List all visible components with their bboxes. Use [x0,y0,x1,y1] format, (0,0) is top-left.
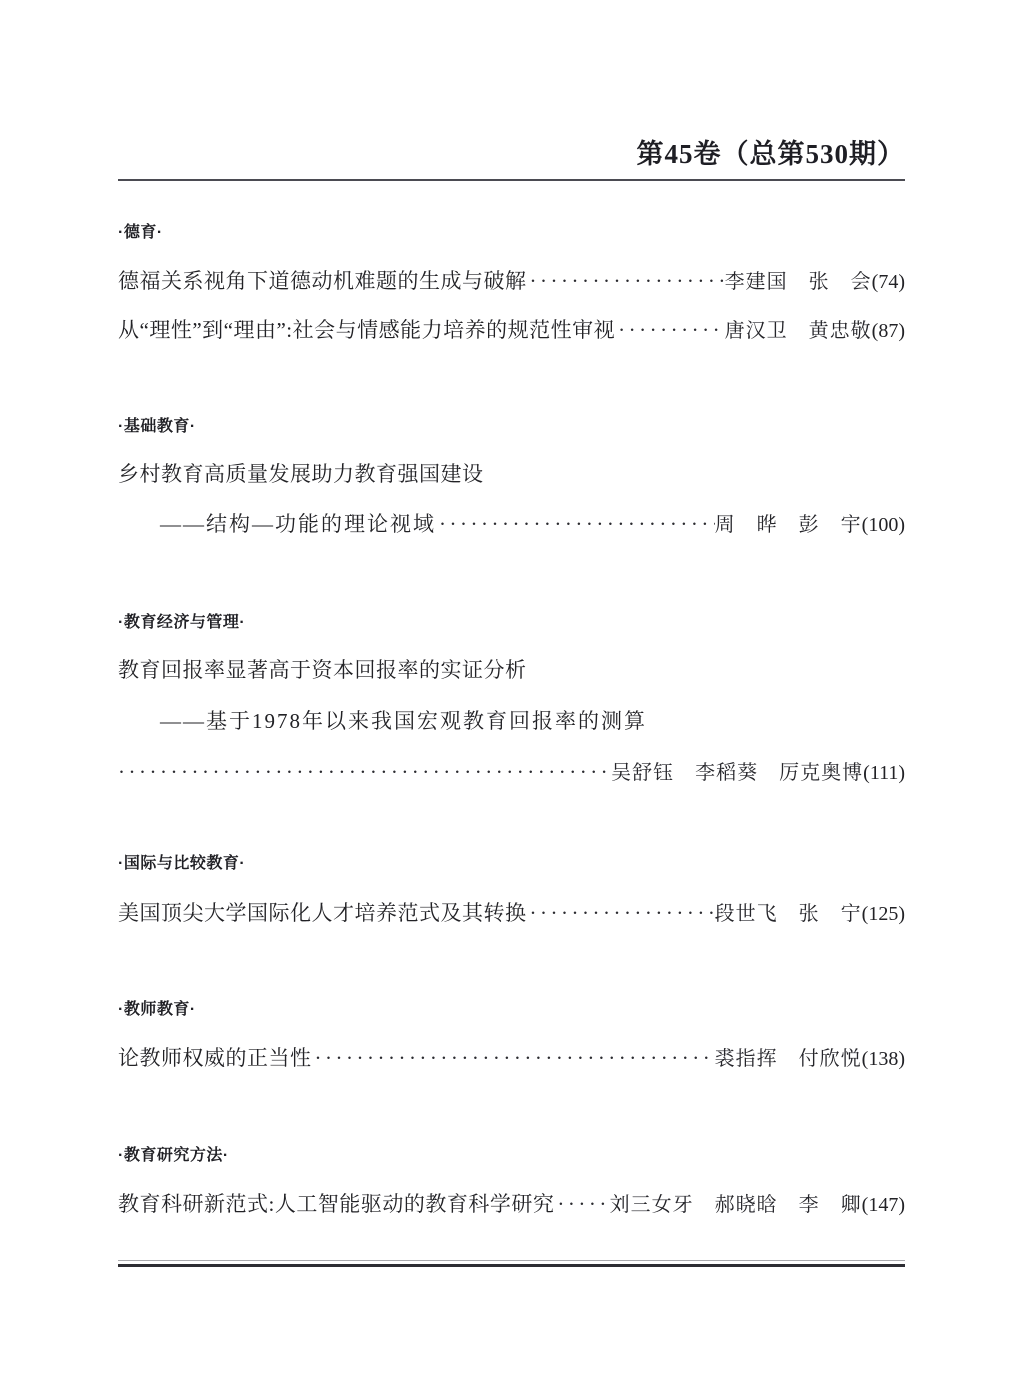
section-label-education-research-methods: ·教育研究方法· [118,1146,905,1165]
section-label-education-economics-management: ·教育经济与管理· [118,613,905,632]
toc-entry: 从“理性”到“理由”:社会与情感能力培养的规范性审视 唐汉卫 黄忠敬 (87) [118,316,905,345]
toc-entry: ——结构—功能的理论视域 周 晔 彭 宇 (100) [118,510,905,539]
article-title: 教育回报率显著高于资本回报率的实证分析 [118,656,527,684]
journal-toc-page: 第45卷（总第530期） ·德育· 德福关系视角下道德动机难题的生成与破解 李建… [0,0,1024,1389]
article-subtitle: ——结构—功能的理论视域 [160,510,436,538]
article-title: 从“理性”到“理由”:社会与情感能力培养的规范性审视 [118,316,615,344]
article-authors: 周 晔 彭 宇 [715,512,862,539]
article-page-number: (87) [872,318,905,345]
article-authors: 李建国 张 会 [725,269,872,296]
section-label-international-comparative-education: ·国际与比较教育· [118,854,905,873]
entry-signature: 唐汉卫 黄忠敬 (87) [725,318,905,345]
dot-leader [527,899,715,927]
dot-leader [554,1190,609,1218]
toc-entry: 乡村教育高质量发展助力教育强国建设 [118,460,905,488]
entry-signature: 刘三女牙 郝晓晗 李 卿 (147) [610,1192,905,1219]
toc-entry: 论教师权威的正当性 裘指挥 付欣悦 (138) [118,1044,905,1073]
section-label-basic-education: ·基础教育· [118,417,905,436]
entry-signature: 吴舒钰 李稻葵 厉克奥博 (111) [611,760,905,787]
article-title: 论教师权威的正当性 [118,1044,312,1072]
entry-signature: 周 晔 彭 宇 (100) [715,512,905,539]
article-page-number: (100) [862,512,905,539]
section-label-moral-education: ·德育· [118,223,905,242]
entry-signature: 裘指挥 付欣悦 (138) [715,1046,905,1073]
toc-entry: 吴舒钰 李稻葵 厉克奥博 (111) [118,758,905,787]
entry-signature: 李建国 张 会 (74) [725,269,905,296]
section-label-teacher-education: ·教师教育· [118,1000,905,1019]
dot-leader [527,267,725,295]
volume-issue-label: 第45卷（总第530期） [118,138,905,170]
article-page-number: (111) [863,760,905,787]
article-subtitle: ——基于1978年以来我国宏观教育回报率的测算 [160,707,647,735]
dot-leader [436,510,715,538]
toc-entry: 德福关系视角下道德动机难题的生成与破解 李建国 张 会 (74) [118,267,905,296]
article-title: 教育科研新范式:人工智能驱动的教育科学研究 [118,1190,554,1218]
toc-entry: ——基于1978年以来我国宏观教育回报率的测算 [118,707,905,735]
toc-entry: 教育回报率显著高于资本回报率的实证分析 [118,656,905,684]
article-page-number: (74) [872,269,905,296]
header-rule [118,179,905,181]
toc-entry: 教育科研新范式:人工智能驱动的教育科学研究 刘三女牙 郝晓晗 李 卿 (147) [118,1190,905,1219]
article-title: 德福关系视角下道德动机难题的生成与破解 [118,267,527,295]
toc-content: 第45卷（总第530期） ·德育· 德福关系视角下道德动机难题的生成与破解 李建… [118,0,905,1267]
article-page-number: (147) [862,1192,905,1219]
dot-leader [312,1044,715,1072]
toc-entry: 美国顶尖大学国际化人才培养范式及其转换 段世飞 张 宁 (125) [118,899,905,928]
article-page-number: (138) [862,1046,905,1073]
dot-leader [118,758,611,786]
article-authors: 刘三女牙 郝晓晗 李 卿 [610,1192,862,1219]
article-authors: 段世飞 张 宁 [715,901,862,928]
article-title: 乡村教育高质量发展助力教育强国建设 [118,460,484,488]
entry-signature: 段世飞 张 宁 (125) [715,901,905,928]
article-authors: 唐汉卫 黄忠敬 [725,318,872,345]
article-title: 美国顶尖大学国际化人才培养范式及其转换 [118,899,527,927]
article-authors: 吴舒钰 李稻葵 厉克奥博 [611,760,863,787]
article-page-number: (125) [862,901,905,928]
footer-double-rule [118,1260,905,1267]
dot-leader [615,316,725,344]
article-authors: 裘指挥 付欣悦 [715,1046,862,1073]
